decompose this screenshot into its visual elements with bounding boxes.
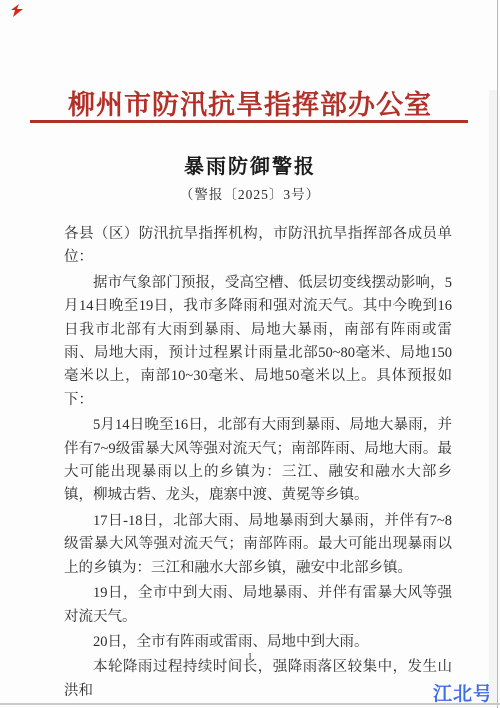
header-divider [30,120,468,123]
body-paragraph: 各县（区）防汛抗旱指挥机构，市防汛抗旱指挥部各成员单位： [64,223,452,270]
doc-number: （警报〔2025〕3号） [0,183,500,203]
page-bottom-edge [0,703,500,705]
body-paragraph: 20日，全市有阵雨或雷雨、局地中到大雨。 [64,631,452,654]
body-paragraph: 本轮降雨过程持续时间长，强降雨落区较集中，发生山洪和 [64,656,452,703]
body-paragraph: 据市气象部门预报，受高空槽、低层切变线摆动影响，5月14日晚至19日，我市多降雨… [64,272,452,412]
doc-title: 暴雨防御警报 [0,150,500,179]
page-edge-shade [489,90,497,705]
doc-body: 各县（区）防汛抗旱指挥机构，市防汛抗旱指挥部各成员单位：据市气象部门预报，受高空… [64,223,452,705]
issuing-org-title: 柳州市防汛抗旱指挥部办公室 [0,83,500,122]
body-paragraph: 17日-18日，北部大雨、局地暴雨到大暴雨，并伴有7~8级雷暴大风等强对流天气；… [64,510,452,580]
body-paragraph: 5月14日晚至16日，北部有大雨到暴雨、局地大暴雨，并伴有7~9级雷暴大风等强对… [64,414,452,508]
corner-red-mark-icon [10,4,24,17]
page-right-edge [497,0,498,708]
document-page: 柳州市防汛抗旱指挥部办公室 暴雨防御警报 （警报〔2025〕3号） 各县（区）防… [0,0,500,708]
page-number: 1 [0,652,500,663]
watermark-logo: 江北号 [433,679,493,706]
body-paragraph: 19日，全市中到大雨、局地暴雨、并伴有雷暴大风等强对流天气。 [64,582,452,629]
